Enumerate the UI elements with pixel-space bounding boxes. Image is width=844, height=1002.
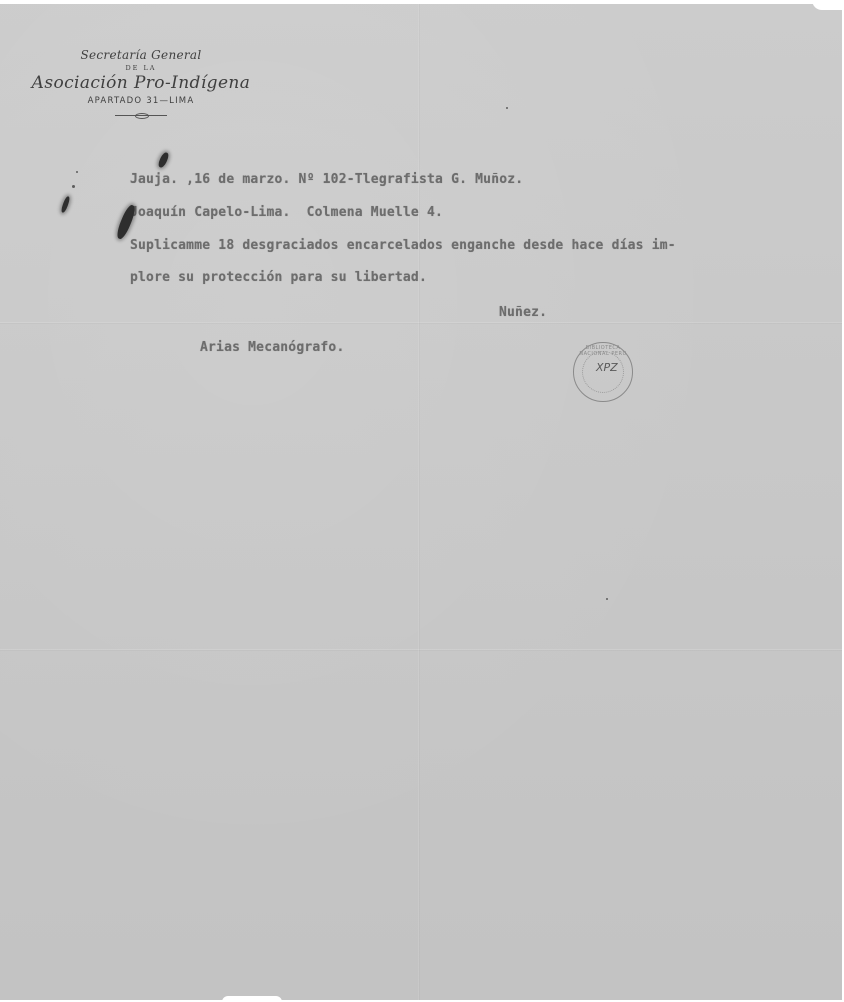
document-page: Secretaría General DE LA Asociación Pro-… <box>0 4 842 1000</box>
ink-speck <box>72 185 75 188</box>
ink-speck <box>606 598 608 600</box>
ornament-icon <box>115 115 167 116</box>
stamp-code: XPZ <box>596 361 618 374</box>
signature: Nuñez. <box>499 305 547 320</box>
fold-line-horizontal <box>0 649 842 651</box>
telegram-header-line: Jauja. ,16 de marzo. Nº 102-Tlegrafista … <box>130 172 523 187</box>
addressee-line: Joaquín Capelo-Lima. Colmena Muelle 4. <box>130 205 443 220</box>
ink-blot-icon <box>115 203 138 240</box>
ink-mark-icon <box>60 196 71 214</box>
library-stamp: BIBLIOTECA NACIONAL PERU XPZ <box>573 342 633 402</box>
stamp-ring-text: BIBLIOTECA NACIONAL PERU <box>574 345 632 357</box>
letterhead-organization: Asociación Pro-Indígena <box>26 73 256 93</box>
letterhead: Secretaría General DE LA Asociación Pro-… <box>26 48 256 116</box>
ink-blot-icon <box>157 151 170 168</box>
message-line-1: Suplicamme 18 desgraciados encarcelados … <box>130 238 676 253</box>
fold-line-vertical <box>418 4 420 1000</box>
ink-speck <box>506 107 508 109</box>
fold-line-horizontal <box>0 322 842 324</box>
letterhead-de-la: DE LA <box>26 64 256 72</box>
letterhead-secretaria: Secretaría General <box>26 48 256 62</box>
paper-corner-tear <box>812 0 844 10</box>
message-line-2: plore su protección para su libertad. <box>130 270 427 285</box>
letterhead-address: APARTADO 31—LIMA <box>26 96 256 106</box>
typist-line: Arias Mecanógrafo. <box>200 340 344 355</box>
ink-speck <box>76 171 78 173</box>
paper-bottom-tear <box>222 996 282 1002</box>
